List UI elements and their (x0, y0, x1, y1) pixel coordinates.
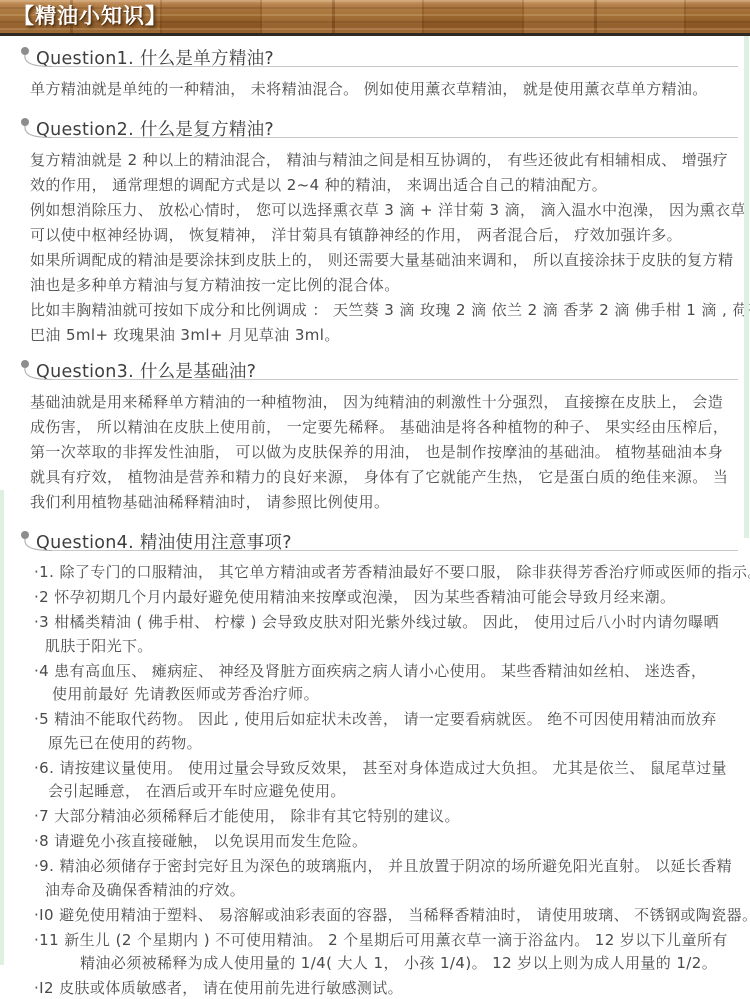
paragraph-line: 可以使中枢神经协调， 恢复精神， 洋甘菊具有镇静神经的作用， 两者混合后， 疗效… (30, 223, 740, 248)
paragraph-line: 我们利用植物基础油稀释精油时， 请参照比例使用。 (30, 490, 740, 515)
list-item-line: ·5 精油不能取代药物。 因此 , 使用后如症状未改善， 请一定要看病就医。 绝… (34, 708, 740, 732)
question-3-heading: Question3. 什么是基础油? (30, 358, 740, 378)
page-title: 【精油小知识】 (0, 0, 167, 33)
paragraph-line: 单方精油就是单纯的一种精油， 未将精油混合。 例如使用薰衣草精油， 就是使用薰衣… (30, 77, 740, 102)
list-item-line: ·2 怀孕初期几个月内最好避免使用精油来按摩或泡澡， 因为某些香精油可能会导致月… (34, 586, 740, 610)
paragraph-line: 成伤害， 所以精油在皮肤上使用前， 一定要先稀释。 基础油是将各种植物的种子、 … (30, 415, 740, 440)
list-item-line: ·7 大部分精油必须稀释后才能使用， 除非有其它特别的建议。 (34, 805, 740, 829)
pin-sprout-icon (16, 44, 52, 70)
list-item-line: ·6. 请按建议量使用。 使用过量会导致反效果， 甚至对身体造成过大负担。 尤其… (34, 757, 740, 781)
list-item-line: ·1. 除了专门的口服精油， 其它单方精油或者芳香精油最好不要口服， 除非获得芳… (34, 561, 740, 585)
list-item-line: ·4 患有高血压、 瘫病症、 神经及肾脏方面疾病之病人请小心使用。 某些香精油如… (34, 660, 740, 684)
section-question-1: Question1. 什么是单方精油? 单方精油就是单纯的一种精油， 未将精油混… (30, 45, 740, 102)
paragraph-line: 如果所调配成的精油是要涂抹到皮肤上的， 则还需要大量基础油来调和， 所以直接涂抹… (30, 248, 740, 273)
paragraph-line: 第一次萃取的非挥发性油脂， 可以做为皮肤保养的用油， 也是制作按摩油的基础油。 … (30, 440, 740, 465)
pin-sprout-icon (16, 357, 52, 383)
pin-sprout-icon (16, 115, 52, 141)
question-4-title: Question4. 精油使用注意事项? (36, 533, 292, 553)
pin-sprout-icon (16, 528, 52, 554)
list-item: ·I0 避免使用精油于塑料、 易溶解或油彩表面的容器， 当稀释香精油时， 请使用… (30, 904, 740, 928)
list-item-line: ·11 新生儿 (2 个星期内 ) 不可使用精油。 2 个星期后可用薰衣草一滴于… (34, 929, 740, 953)
question-2-heading: Question2. 什么是复方精油? (30, 116, 740, 136)
paragraph-line: 基础油就是用来稀释单方精油的一种植物油， 因为纯精油的刺激性十分强烈， 直接擦在… (30, 390, 740, 415)
list-item-continuation: 肌肤于阳光下。 (45, 635, 740, 659)
list-item-line: ·I0 避免使用精油于塑料、 易溶解或油彩表面的容器， 当稀释香精油时， 请使用… (34, 904, 740, 928)
list-item: ·5 精油不能取代药物。 因此 , 使用后如症状未改善， 请一定要看病就医。 绝… (30, 708, 740, 755)
section-question-2: Question2. 什么是复方精油? 复方精油就是 2 种以上的精油混合， 精… (30, 116, 740, 348)
list-item-continuation: 使用前最好 先请教医师或芳香治疗师。 (52, 683, 740, 707)
section-question-4: Question4. 精油使用注意事项? ·1. 除了专门的口服精油， 其它单方… (30, 529, 740, 999)
list-item: ·3 柑橘类精油 ( 佛手柑、 柠檬 ) 会导致皮肤对阳光紫外线过敏。 因此， … (30, 611, 740, 658)
paragraph-line: 就具有疗效， 植物油是营养和精力的良好来源， 身体有了它就能产生热， 它是蛋白质… (30, 465, 740, 490)
question-1-title: Question1. 什么是单方精油? (36, 49, 274, 69)
header-bar: 【精油小知识】 (0, 0, 750, 36)
list-item: ·6. 请按建议量使用。 使用过量会导致反效果， 甚至对身体造成过大负担。 尤其… (30, 757, 740, 804)
list-item: ·8 请避免小孩直接碰触， 以免误用而发生危险。 (30, 830, 740, 854)
paragraph-line: 复方精油就是 2 种以上的精油混合， 精油与精油之间是相互协调的， 有些还彼此有… (30, 148, 740, 173)
list-item-line: ·8 请避免小孩直接碰触， 以免误用而发生危险。 (34, 830, 740, 854)
question-3-title: Question3. 什么是基础油? (36, 362, 256, 382)
list-item-continuation: 会引起睡意， 在酒后或开车时应避免使用。 (48, 780, 740, 804)
right-edge-accent (744, 36, 749, 538)
list-item-line: ·I2 皮肤或体质敏感者， 请在使用前先进行敏感测试。 (34, 977, 740, 999)
paragraph-line: 效的作用， 通常理想的调配方式是以 2~4 种的精油， 来调出适合自己的精油配方… (30, 173, 740, 198)
list-item-line: ·3 柑橘类精油 ( 佛手柑、 柠檬 ) 会导致皮肤对阳光紫外线过敏。 因此， … (34, 611, 740, 635)
list-item: ·I2 皮肤或体质敏感者， 请在使用前先进行敏感测试。 (30, 977, 740, 999)
list-item-continuation: 精油必须被稀释为成人使用量的 1/4( 大人 1， 小孩 1/4)。 12 岁以… (80, 952, 740, 976)
precautions-list: ·1. 除了专门的口服精油， 其它单方精油或者芳香精油最好不要口服， 除非获得芳… (30, 561, 740, 999)
paragraph-line: 巴油 5ml+ 玫瑰果油 3ml+ 月见草油 3ml。 (30, 323, 740, 348)
question-1-heading: Question1. 什么是单方精油? (30, 45, 740, 65)
list-item: ·2 怀孕初期几个月内最好避免使用精油来按摩或泡澡， 因为某些香精油可能会导致月… (30, 586, 740, 610)
list-item: ·4 患有高血压、 瘫病症、 神经及肾脏方面疾病之病人请小心使用。 某些香精油如… (30, 660, 740, 707)
list-item-continuation: 油寿命及确保香精油的疗效。 (45, 879, 740, 903)
list-item: ·11 新生儿 (2 个星期内 ) 不可使用精油。 2 个星期后可用薰衣草一滴于… (30, 929, 740, 976)
question-2-title: Question2. 什么是复方精油? (36, 120, 274, 140)
paragraph-line: 比如丰胸精油就可按如下成分和比例调成 ： 天竺葵 3 滴 玫瑰 2 滴 依兰 2… (30, 298, 740, 323)
left-edge-accent (0, 490, 4, 965)
list-item: ·9. 精油必须储存于密封完好且为深色的玻璃瓶内， 并且放置于阴凉的场所避免阳光… (30, 855, 740, 902)
list-item: ·1. 除了专门的口服精油， 其它单方精油或者芳香精油最好不要口服， 除非获得芳… (30, 561, 740, 585)
section-question-3: Question3. 什么是基础油? 基础油就是用来稀释单方精油的一种植物油， … (30, 358, 740, 515)
list-item-continuation: 原先已在使用的药物。 (48, 732, 740, 756)
paragraph-line: 例如想消除压力、 放松心情时， 您可以选择熏衣草 3 滴 + 洋甘菊 3 滴， … (30, 198, 740, 223)
list-item: ·7 大部分精油必须稀释后才能使用， 除非有其它特别的建议。 (30, 805, 740, 829)
question-4-heading: Question4. 精油使用注意事项? (30, 529, 740, 549)
list-item-line: ·9. 精油必须储存于密封完好且为深色的玻璃瓶内， 并且放置于阴凉的场所避免阳光… (34, 855, 740, 879)
paragraph-line: 油也是多种单方精油与复方精油按一定比例的混合体。 (30, 273, 740, 298)
content-area: Question1. 什么是单方精油? 单方精油就是单纯的一种精油， 未将精油混… (0, 45, 750, 999)
